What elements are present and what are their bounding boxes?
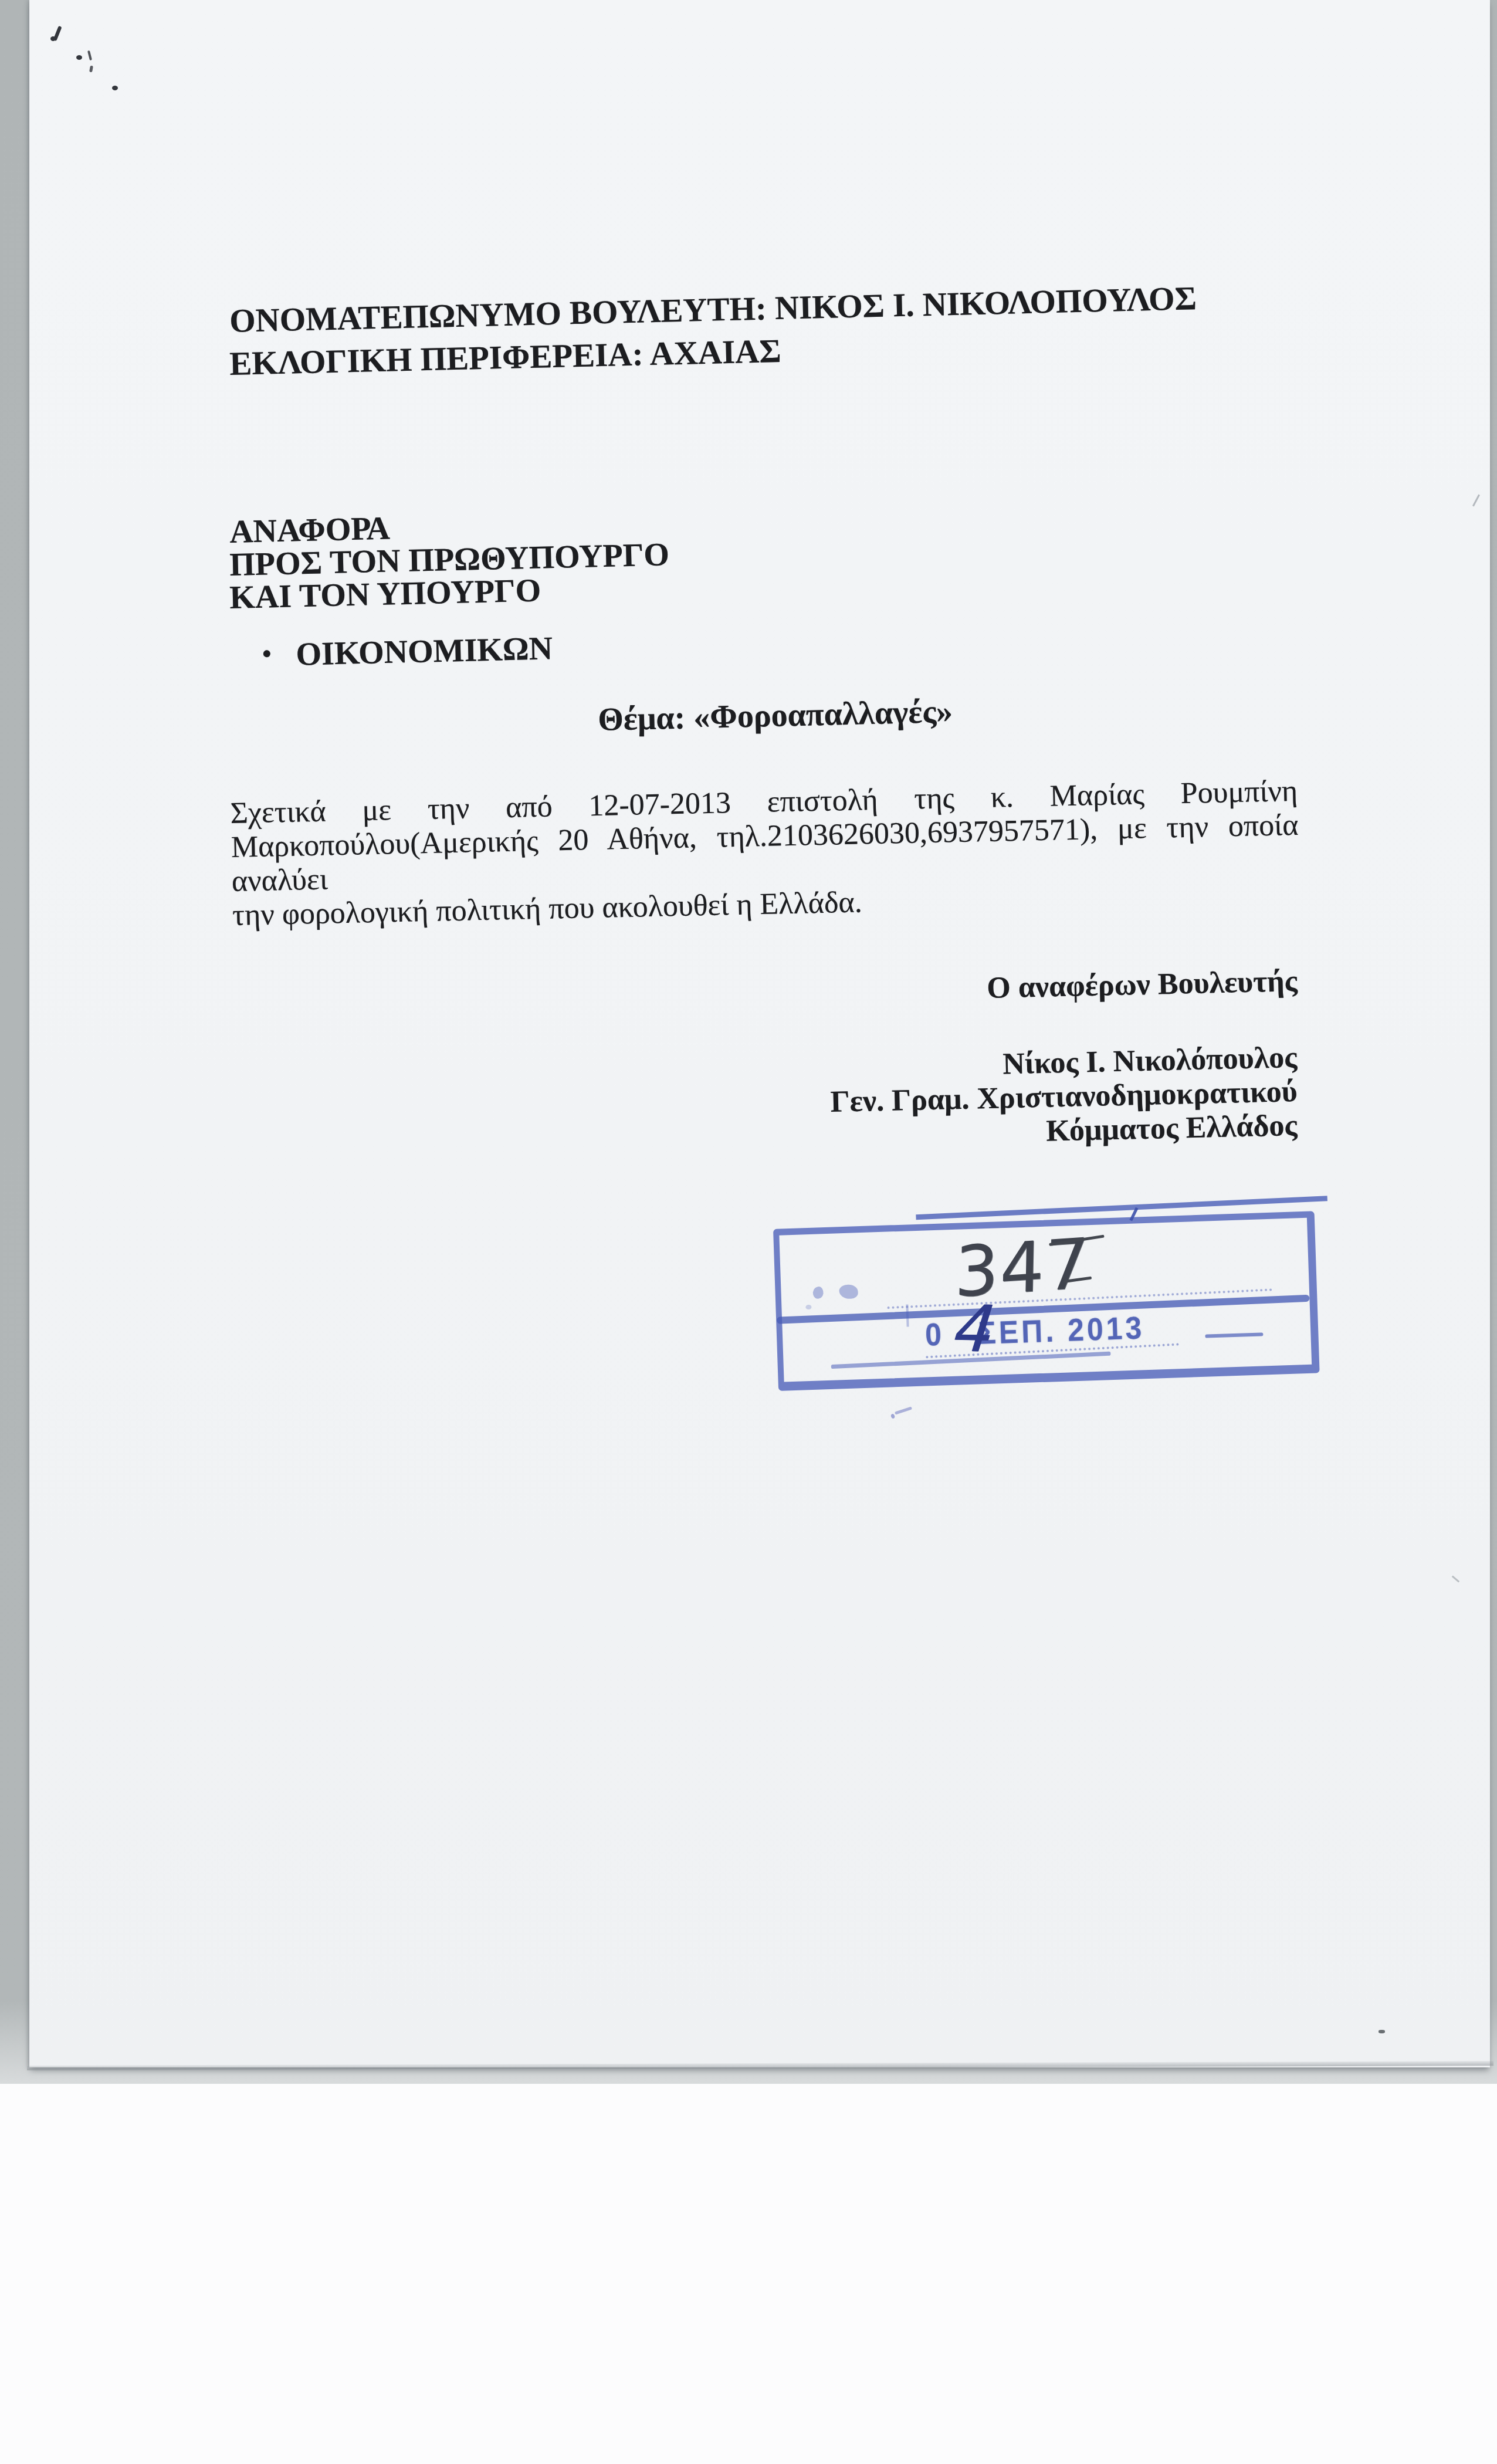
scan-artifact-mark: [1452, 1576, 1459, 1583]
signature-role-line2: Κόμματος Ελλάδος: [1046, 1108, 1298, 1149]
registry-stamp: 347 0ΣΕΠ. 2013 4: [773, 1211, 1320, 1390]
stamp-top-line: [916, 1196, 1327, 1220]
subject-line: Θέμα: «Φοροαπαλλαγές»: [597, 693, 953, 739]
ink-speck: [76, 55, 82, 60]
scan-artifact-mark: [1472, 495, 1480, 507]
document-page: ΟΝΟΜΑΤΕΠΩΝΥΜΟ ΒΟΥΛΕΥΤΗ: ΝΙΚΟΣ Ι. ΝΙΚΟΛΟΠ…: [29, 0, 1490, 2067]
ink-speck: [89, 66, 93, 73]
stamp-smudge-mark: [806, 1305, 812, 1309]
stamp-smudge-mark: [839, 1284, 858, 1299]
ink-speck: [112, 86, 118, 90]
report-to-minister: ΚΑΙ ΤΟΝ ΥΠΟΥΡΓΟ: [229, 572, 541, 617]
ministry-label: ΟΙΚΟΝΟΜΙΚΩΝ: [296, 630, 553, 672]
stamp-dash-line: [1205, 1332, 1263, 1338]
signature-caption: Ο αναφέρων Βουλευτής: [986, 964, 1298, 1006]
ink-squiggle: [895, 1406, 912, 1414]
header-constituency: ΕΚΛΟΓΙΚΗ ΠΕΡΙΦΕΡΕΙΑ: ΑΧΑΙΑΣ: [229, 332, 781, 383]
stamp-date-day-prefix: 0: [924, 1316, 945, 1353]
ink-speck: [87, 50, 92, 60]
scan-artifact-mark: [1379, 2030, 1385, 2033]
ministry-bullet-line: •ΟΙΚΟΝΟΜΙΚΩΝ: [262, 629, 553, 674]
header-deputy-name: ΟΝΟΜΑΤΕΠΩΝΥΜΟ ΒΟΥΛΕΥΤΗ: ΝΙΚΟΣ Ι. ΝΙΚΟΛΟΠ…: [229, 279, 1197, 340]
body-paragraph: Σχετικά με την από 12-07-2013 επιστολή τ…: [230, 774, 1300, 933]
stamp-date-rest: ΣΕΠ. 2013: [978, 1309, 1145, 1351]
bullet-icon: •: [262, 639, 272, 669]
stamp-smudge-mark: [812, 1286, 825, 1300]
ink-speck: [50, 36, 56, 41]
